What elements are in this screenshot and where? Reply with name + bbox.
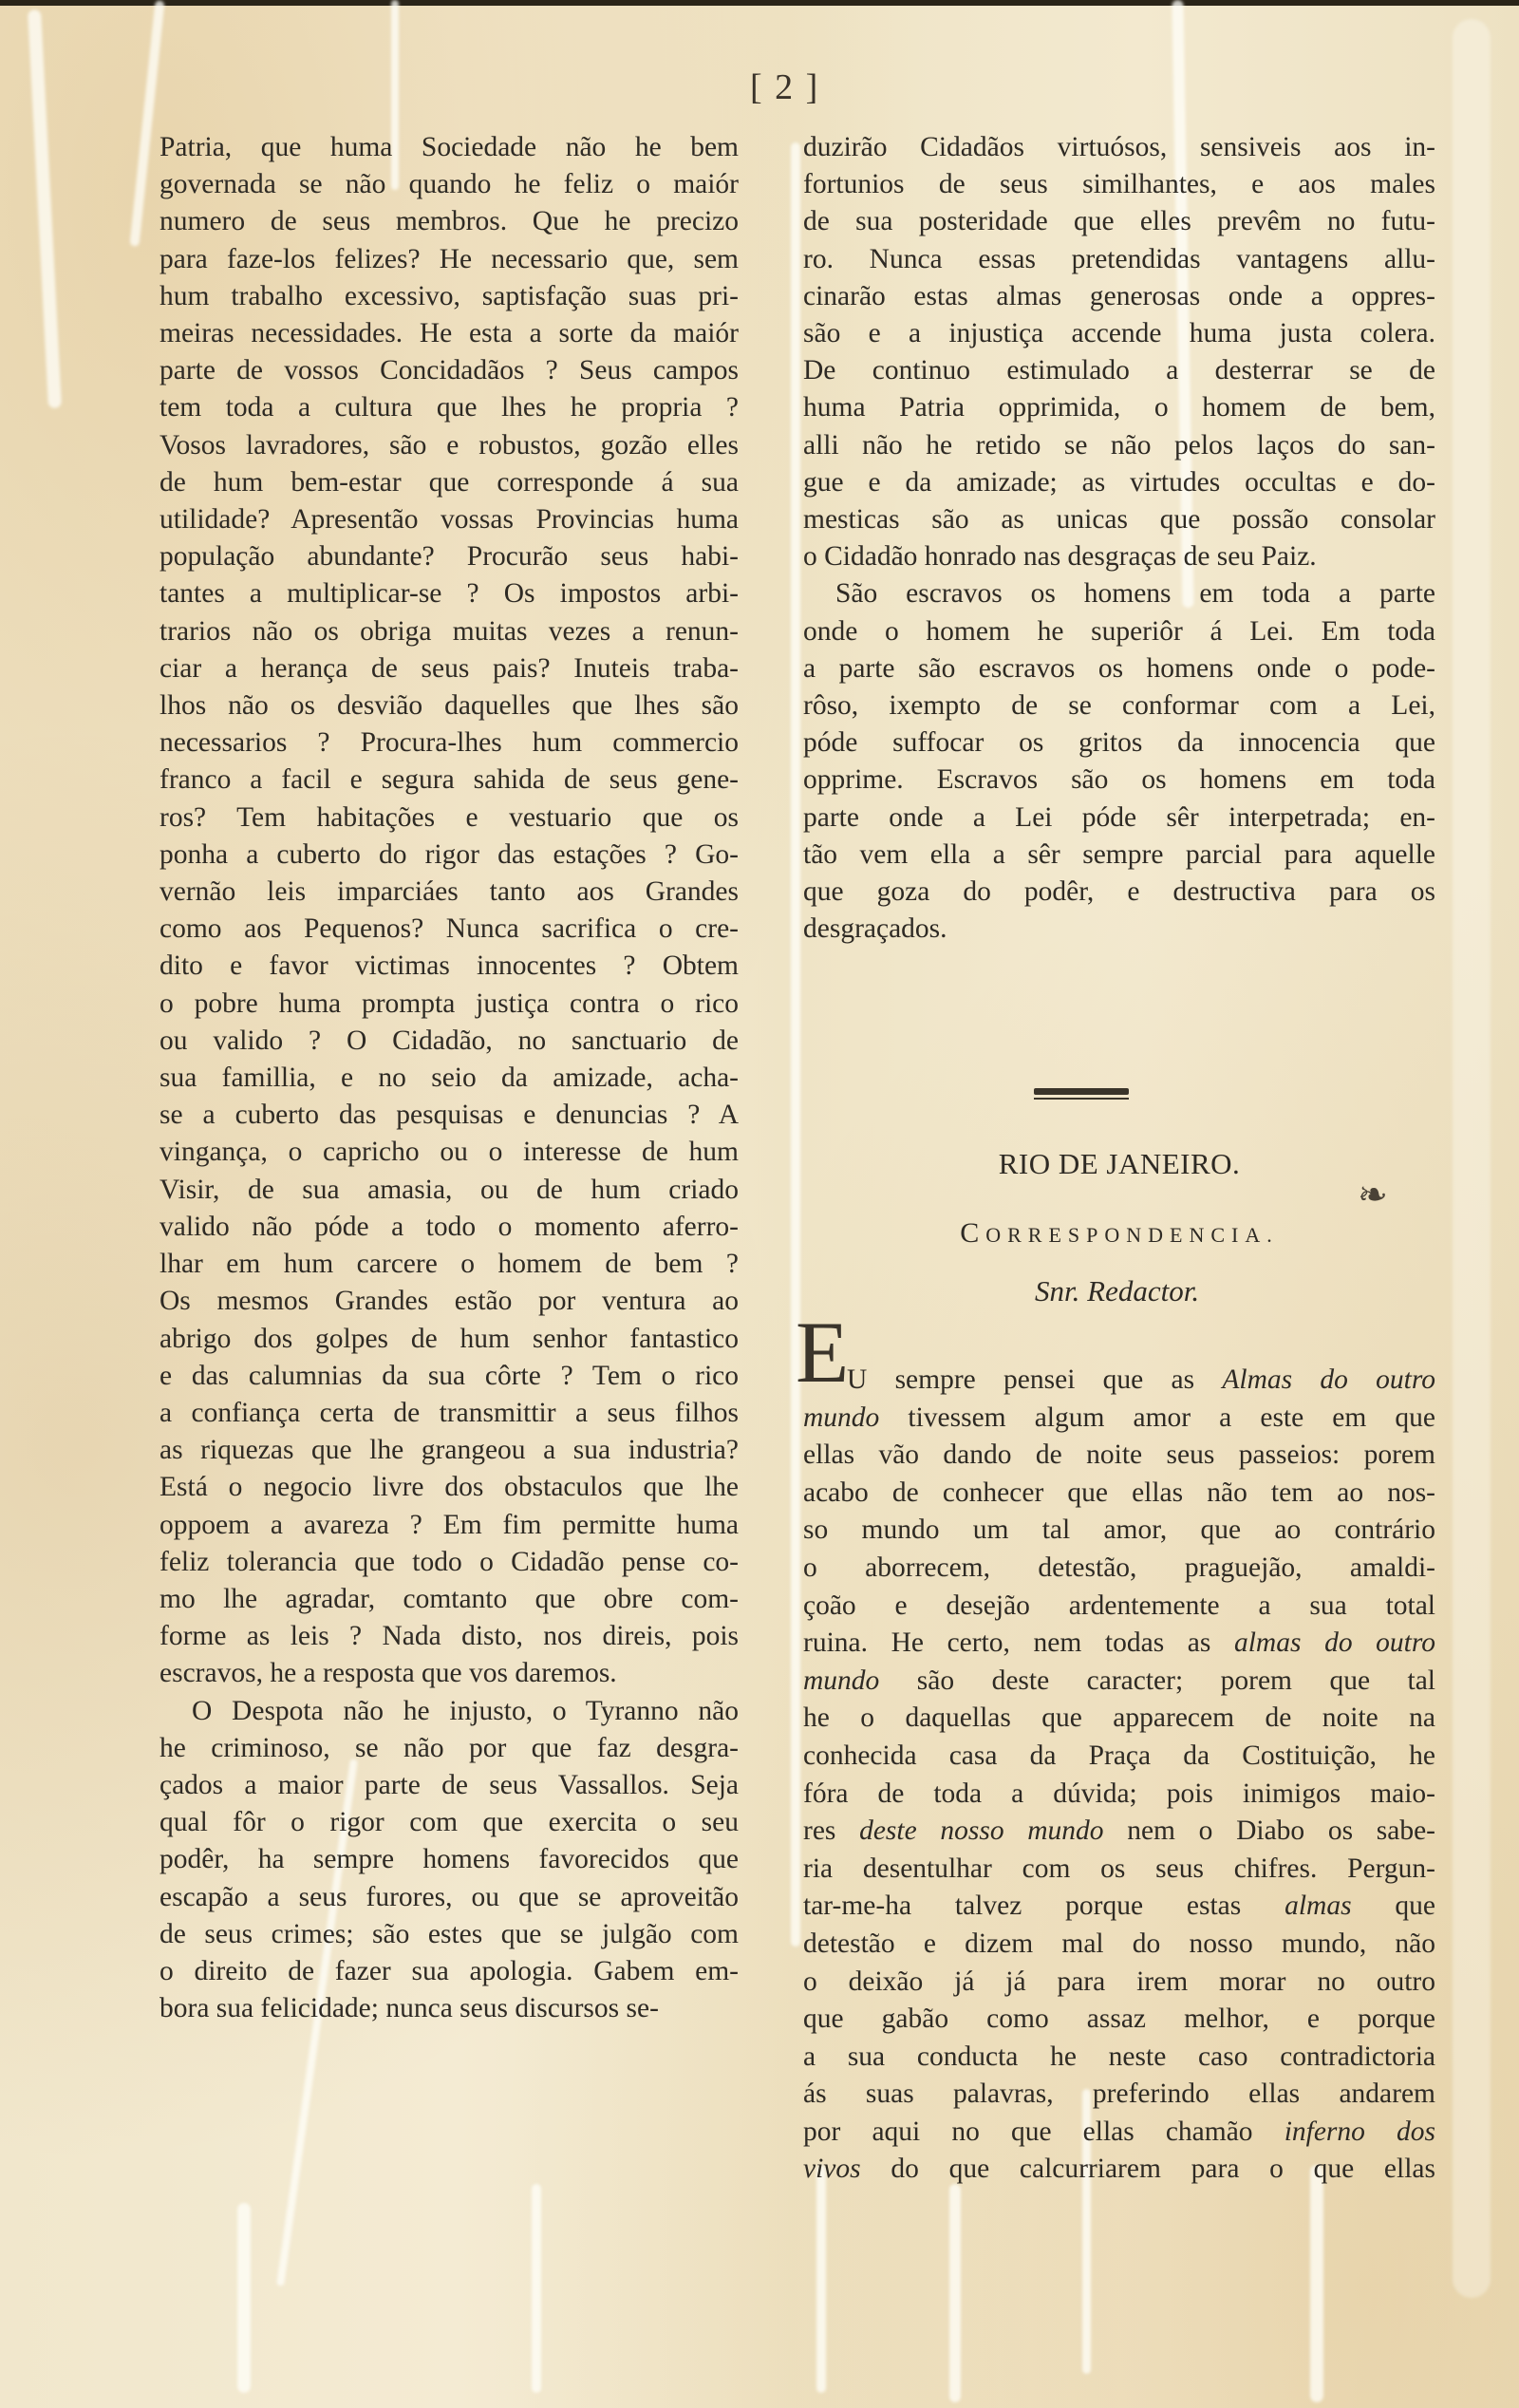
text-line: mundo são deste caracter; porem que tal xyxy=(803,1663,1435,1701)
text-line: ou valido ? O Cidadão, no sanctuario de xyxy=(159,1023,739,1060)
paper-damage xyxy=(1310,2165,1323,2402)
text-line: U sempre pensei que as Almas do outro xyxy=(803,1362,1435,1400)
text-line: çados a maior parte de seus Vassallos. S… xyxy=(159,1767,739,1804)
text-line: necessarios ? Procura-lhes hum commercio xyxy=(159,724,739,762)
text-line: como aos Pequenos? Nunca sacrifica o cre… xyxy=(159,911,739,948)
text-line: çoão e desejão ardentemente a sua total xyxy=(803,1588,1435,1626)
text-line: bora sua felicidade; nunca seus discurso… xyxy=(159,1990,739,2027)
newspaper-page: [ 2 ] Patria, que huma Sociedade não he … xyxy=(0,0,1519,2408)
text-line: Os mesmos Grandes estão por ventura ao xyxy=(159,1283,739,1320)
text-line: ellas vão dando de noite seus passeios: … xyxy=(803,1437,1435,1475)
text-line: gue e da amizade; as virtudes occultas e… xyxy=(803,464,1435,501)
text-line: ponha a cuberto do rigor das estações ? … xyxy=(159,837,739,874)
text-line: tar-me-ha talvez porque estas almas que xyxy=(803,1888,1435,1926)
text-line: cinarão estas almas generosas onde a opp… xyxy=(803,278,1435,315)
text-line: podêr, ha sempre homens favorecidos que xyxy=(159,1841,739,1878)
text-line: ro. Nunca essas pretendidas vantagens al… xyxy=(803,241,1435,278)
text-line: Patria, que huma Sociedade não he bem xyxy=(159,129,739,166)
paper-damage xyxy=(949,2184,961,2402)
text-line: Está o negocio livre dos obstaculos que … xyxy=(159,1469,739,1506)
paper-damage xyxy=(28,9,62,408)
text-line: são e a injustiça accende huma justa col… xyxy=(803,315,1435,352)
text-line: utilidade? Apresentão vossas Provincias … xyxy=(159,501,739,538)
text-line: Visir, de sua amasia, ou de hum criado xyxy=(159,1172,739,1209)
text-line: que goza do podêr, e destructiva para os xyxy=(803,874,1435,911)
scan-edge xyxy=(0,0,1519,6)
text-line: por aqui no que ellas chamão inferno dos xyxy=(803,2114,1435,2152)
text-line: qual fôr o rigor com que exercita o seu xyxy=(159,1804,739,1841)
heading-initial: C xyxy=(960,1217,985,1249)
paper-damage xyxy=(1453,19,1491,2298)
text-line: mundo tivessem algum amor a este em que xyxy=(803,1400,1435,1438)
text-line: onde o homem he superiôr á Lei. Em toda xyxy=(803,613,1435,650)
text-line: tão vem ella a sêr sempre parcial para a… xyxy=(803,837,1435,874)
text-line: numero de seus membros. Que he precizo xyxy=(159,203,739,240)
heading-rest: ORRESPONDENCIA. xyxy=(985,1223,1279,1247)
text-line: vernão leis imparciáes tanto aos Grandes xyxy=(159,874,739,911)
text-line: a sua conducta he neste caso contradicto… xyxy=(803,2039,1435,2077)
text-line: e das calumnias da sua côrte ? Tem o ric… xyxy=(159,1358,739,1395)
text-line: fortunios de seus similhantes, e aos mal… xyxy=(803,166,1435,203)
text-line: res deste nosso mundo nem o Diabo os sab… xyxy=(803,1813,1435,1851)
text-line: alli não he retido se não pelos laços do… xyxy=(803,427,1435,464)
text-line: ria desentulhar com os seus chifres. Per… xyxy=(803,1851,1435,1889)
letter-salutation: Snr. Redactor. xyxy=(1035,1274,1199,1308)
text-line: so mundo um tal amor, que ao contrário xyxy=(803,1512,1435,1550)
text-line: ruina. He certo, nem todas as almas do o… xyxy=(803,1625,1435,1663)
text-line: escapão a seus furores, ou que se aprove… xyxy=(159,1879,739,1916)
text-line: vivos do que calcurriarem para o que ell… xyxy=(803,2151,1435,2189)
text-line: parte de vossos Concidadãos ? Seus campo… xyxy=(159,352,739,389)
text-line: meiras necessidades. He esta a sorte da … xyxy=(159,315,739,352)
text-line: duzirão Cidadãos virtuósos, sensiveis ao… xyxy=(803,129,1435,166)
text-line: O Despota não he injusto, o Tyranno não xyxy=(159,1693,739,1730)
text-line: governada se não quando he feliz o maiór xyxy=(159,166,739,203)
text-line: a parte são escravos os homens onde o po… xyxy=(803,650,1435,687)
text-line: ros? Tem habitações e vestuario que os xyxy=(159,800,739,837)
text-line: he criminoso, se não por que faz desgra- xyxy=(159,1730,739,1767)
text-line: tem toda a cultura que lhes he propria ? xyxy=(159,389,739,426)
left-column-text: Patria, que huma Sociedade não he bemgov… xyxy=(159,129,739,2027)
text-line: valido não póde a todo o momento aferro- xyxy=(159,1209,739,1246)
text-line: fóra de toda a dúvida; pois inimigos mai… xyxy=(803,1776,1435,1814)
text-line: população abundante? Procurão seus habi- xyxy=(159,538,739,575)
text-line: vingança, o capricho ou o interesse de h… xyxy=(159,1134,739,1171)
text-line: lhar em hum carcere o homem de bem ? xyxy=(159,1246,739,1283)
text-line: Vosos lavradores, são e robustos, gozão … xyxy=(159,427,739,464)
page-number: [ 2 ] xyxy=(750,66,819,108)
ink-blot-ornament: ❧ xyxy=(1358,1174,1388,1216)
text-line: abrigo dos golpes de hum senhor fantasti… xyxy=(159,1321,739,1358)
text-line: lhos não os desvião daquelles que lhes s… xyxy=(159,687,739,724)
text-line: para faze-los felizes? He necessario que… xyxy=(159,241,739,278)
text-line: rôso, ixempto de se conformar com a Lei, xyxy=(803,687,1435,724)
text-line: de seus crimes; são estes que se julgão … xyxy=(159,1916,739,1953)
text-line: se a cuberto das pesquisas e denuncias ?… xyxy=(159,1097,739,1134)
text-line: tantes a multiplicar-se ? Os impostos ar… xyxy=(159,575,739,612)
text-line: desgraçados. xyxy=(803,911,1435,948)
text-line: sua famillia, e no seio da amizade, acha… xyxy=(159,1060,739,1097)
text-line: São escravos os homens em toda a parte xyxy=(803,575,1435,612)
paper-damage xyxy=(816,2165,826,2393)
text-line: as riquezas que lhe grangeou a sua indus… xyxy=(159,1432,739,1469)
text-line: ciar a herança de seus pais? Inuteis tra… xyxy=(159,650,739,687)
text-line: de sua posteridade que elles prevêm no f… xyxy=(803,203,1435,240)
text-line: dito e favor victimas innocentes ? Obtem xyxy=(159,948,739,985)
text-line: mesticas são as unicas que possão consol… xyxy=(803,501,1435,538)
text-line: parte onde a Lei póde sêr interpetrada; … xyxy=(803,800,1435,837)
text-line: o deixão já já para irem morar no outro xyxy=(803,1964,1435,2002)
paper-damage xyxy=(237,2203,251,2393)
text-line: conhecida casa da Praça da Costituição, … xyxy=(803,1738,1435,1776)
section-heading-city: RIO DE JANEIRO. xyxy=(803,1147,1435,1181)
text-line: hum trabalho excessivo, saptisfação suas… xyxy=(159,278,739,315)
text-line: ás suas palavras, preferindo ellas andar… xyxy=(803,2076,1435,2114)
text-line: mo lhe agradar, comtanto que obre com- xyxy=(159,1581,739,1618)
text-line: oppoem a avareza ? Em fim permitte huma xyxy=(159,1507,739,1544)
paper-damage xyxy=(532,2184,541,2393)
text-line: franco a facil e segura sahida de seus g… xyxy=(159,762,739,799)
text-line: acabo de conhecer que ellas não tem ao n… xyxy=(803,1475,1435,1513)
text-line: forme as leis ? Nada disto, nos direis, … xyxy=(159,1618,739,1655)
text-line: huma Patria opprimida, o homem de bem, xyxy=(803,389,1435,426)
section-divider-rule xyxy=(1034,1088,1129,1101)
text-line: he o daquellas que apparecem de noite na xyxy=(803,1700,1435,1738)
text-line: o Cidadão honrado nas desgraças de seu P… xyxy=(803,538,1435,575)
text-line: o pobre huma prompta justiça contra o ri… xyxy=(159,986,739,1023)
text-line: detestão e dizem mal do nosso mundo, não xyxy=(803,1926,1435,1964)
text-line: trarios não os obriga muitas vezes a ren… xyxy=(159,613,739,650)
section-heading-correspondencia: CORRESPONDENCIA. xyxy=(803,1217,1435,1250)
text-line: escravos, he a resposta que vos daremos. xyxy=(159,1655,739,1692)
text-line: a confiança certa de transmittir a seus … xyxy=(159,1395,739,1432)
text-line: de hum bem-estar que corresponde á sua xyxy=(159,464,739,501)
text-line: póde suffocar os gritos da innocencia qu… xyxy=(803,724,1435,762)
text-line: o direito de fazer sua apologia. Gabem e… xyxy=(159,1953,739,1990)
paper-damage xyxy=(791,142,800,1947)
text-line: feliz tolerancia que todo o Cidadão pens… xyxy=(159,1544,739,1581)
letter-body-text: U sempre pensei que as Almas do outromun… xyxy=(803,1362,1435,2189)
text-line: o aborrecem, detestão, praguejão, amaldi… xyxy=(803,1550,1435,1588)
text-line: opprime. Escravos são os homens em toda xyxy=(803,762,1435,799)
right-column-text: duzirão Cidadãos virtuósos, sensiveis ao… xyxy=(803,129,1435,948)
text-line: De continuo estimulado a desterrar se de xyxy=(803,352,1435,389)
text-line: que gabão como assaz melhor, e porque xyxy=(803,2001,1435,2039)
